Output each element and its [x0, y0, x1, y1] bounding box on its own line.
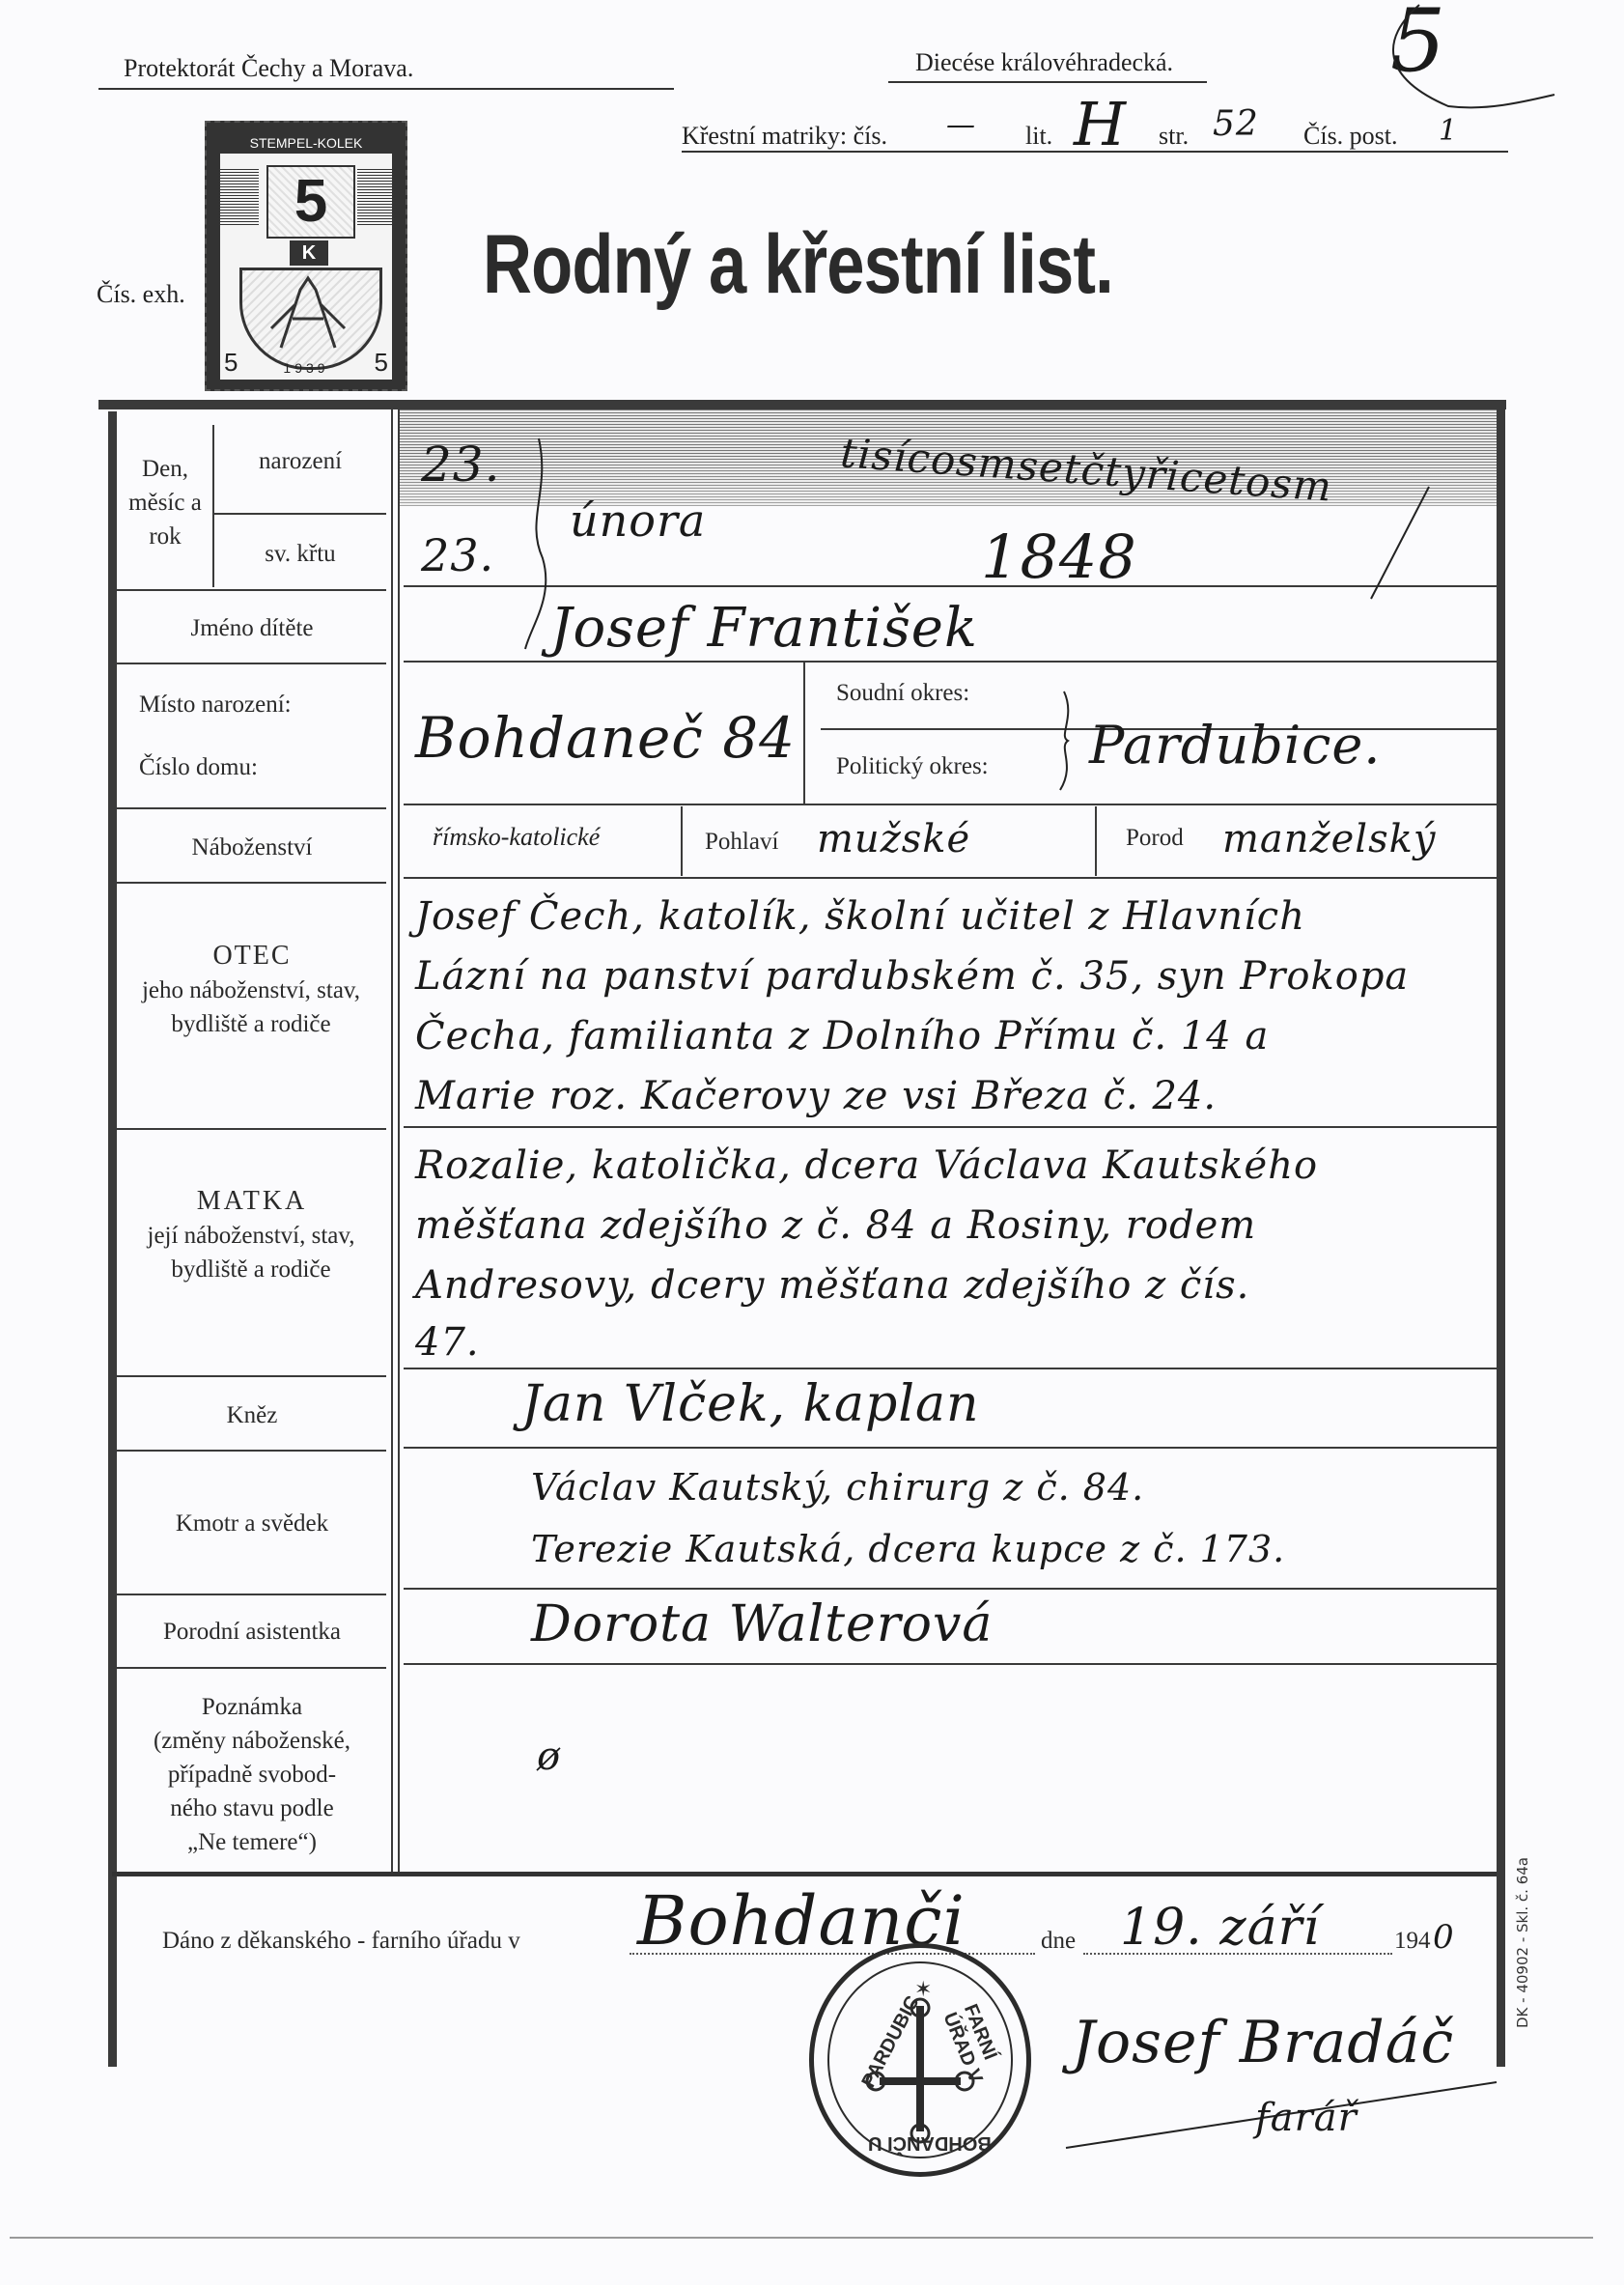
- page-label: str.: [1159, 122, 1189, 151]
- document-title: Rodný a křestní list.: [483, 217, 1113, 313]
- signature-title: farář: [1255, 2096, 1358, 2140]
- birthplace-value: Bohdaneč 84: [415, 705, 796, 771]
- revenue-stamp: STEMPEL-KOLEK 5 K 5 5 1939: [205, 121, 407, 391]
- date-label: dne: [1041, 1928, 1076, 1955]
- lit-value: H: [1074, 89, 1127, 159]
- court-district-label: Soudní okres:: [836, 676, 969, 710]
- table-left-border: [108, 411, 117, 2067]
- stamp-value: 5: [266, 165, 355, 239]
- year-digits-value: 1848: [981, 522, 1137, 592]
- stamp-top-text: STEMPEL-KOLEK: [220, 132, 392, 154]
- political-district-label: Politický okres:: [836, 749, 989, 783]
- stamp-year: 1939: [268, 360, 344, 376]
- page-edge-line: [10, 2237, 1593, 2239]
- year-print: 194: [1394, 1928, 1431, 1955]
- stamp-corner-left: 5: [224, 348, 238, 378]
- birth-day-value: 23.: [421, 437, 501, 493]
- parish-seal: PARDUBIC FARNÍ ÚŘAD V BOHDANČI U ✶: [809, 1943, 1031, 2177]
- religion-label: Náboženství: [118, 831, 386, 864]
- sex-value: mužské: [817, 817, 970, 861]
- district-brace: [1054, 688, 1083, 794]
- child-name-label: Jméno dítěte: [118, 611, 386, 645]
- table-bottom-border: [112, 1872, 1497, 1876]
- sex-label: Pohlaví: [705, 825, 778, 859]
- godparent-details: Václav Kautský, chirurg z č. 84. Terezie…: [531, 1456, 1285, 1580]
- year-hand: 0: [1433, 1918, 1455, 1957]
- mother-label: MATKA: [118, 1184, 386, 1218]
- religion-value: římsko-katolické: [433, 823, 600, 852]
- house-number-label: Číslo domu:: [139, 750, 258, 784]
- stamp-coat-of-arms-icon: [239, 268, 382, 370]
- exh-label: Čís. exh.: [97, 280, 185, 309]
- diocese-heading: Diecése královéhradecká.: [915, 48, 1173, 77]
- date-label: Den, měsíc a rok: [118, 452, 212, 553]
- baptism-label: sv. křtu: [214, 537, 386, 571]
- child-name-value: Josef František: [550, 597, 978, 660]
- header-rule-right: [888, 81, 1207, 83]
- column-divider: [391, 409, 393, 1874]
- table-top-border: [98, 400, 1506, 409]
- stamp-corner-right: 5: [375, 348, 388, 378]
- table-right-border: [1497, 406, 1505, 2067]
- midwife-value: Dorota Walterová: [531, 1595, 993, 1653]
- cross-icon: ✶: [814, 1948, 1026, 2172]
- priest-value: Jan Vlček, kaplan: [521, 1375, 979, 1433]
- father-sublabel: jeho náboženství, stav, bydliště a rodič…: [135, 973, 367, 1041]
- godparent-label: Kmotr a svědek: [118, 1507, 386, 1540]
- page-value: 52: [1213, 104, 1259, 144]
- note-value: ø: [537, 1735, 561, 1779]
- form-code: DK - 40902 - Skl. č. 64a: [1514, 1857, 1531, 2028]
- father-details: Josef Čech, katolík, školní učitel z Hla…: [415, 887, 1409, 1126]
- mother-sublabel: její náboženství, stav, bydliště a rodič…: [135, 1219, 367, 1286]
- svg-text:✶: ✶: [914, 1977, 932, 2001]
- birth-type-value: manželský: [1222, 817, 1436, 861]
- birth-label: narození: [214, 444, 386, 478]
- strike-mark: [1361, 483, 1439, 608]
- mother-details: Rozalie, katolička, dcera Václava Kautsk…: [415, 1136, 1318, 1369]
- birthplace-label: Místo narození:: [139, 688, 292, 721]
- priest-label: Kněz: [118, 1398, 386, 1432]
- corner-circle-mark: [1361, 0, 1564, 116]
- baptism-day-value: 23.: [421, 529, 494, 581]
- register-number: —: [946, 108, 976, 142]
- register-label: Křestní matriky: čís.: [682, 122, 887, 151]
- month-value: února: [570, 494, 706, 547]
- register-rule: [682, 151, 1508, 153]
- stamp-unit: K: [290, 240, 328, 266]
- protectorate-heading: Protektorát Čechy a Morava.: [124, 54, 413, 83]
- issued-date-value: 19. září: [1120, 1899, 1320, 1957]
- midwife-label: Porodní asistentka: [118, 1615, 386, 1649]
- header-rule-left: [98, 88, 674, 90]
- post-label: Čís. post.: [1303, 122, 1398, 151]
- father-label: OTEC: [118, 939, 386, 973]
- note-label: Poznámka (změny náboženské, případně svo…: [118, 1690, 386, 1859]
- lit-label: lit.: [1025, 122, 1052, 151]
- issued-prefix: Dáno z děkanského - farního úřadu v: [162, 1928, 520, 1955]
- post-value: 1: [1439, 114, 1458, 148]
- birth-type-label: Porod: [1126, 821, 1184, 855]
- district-value: Pardubice.: [1089, 715, 1381, 776]
